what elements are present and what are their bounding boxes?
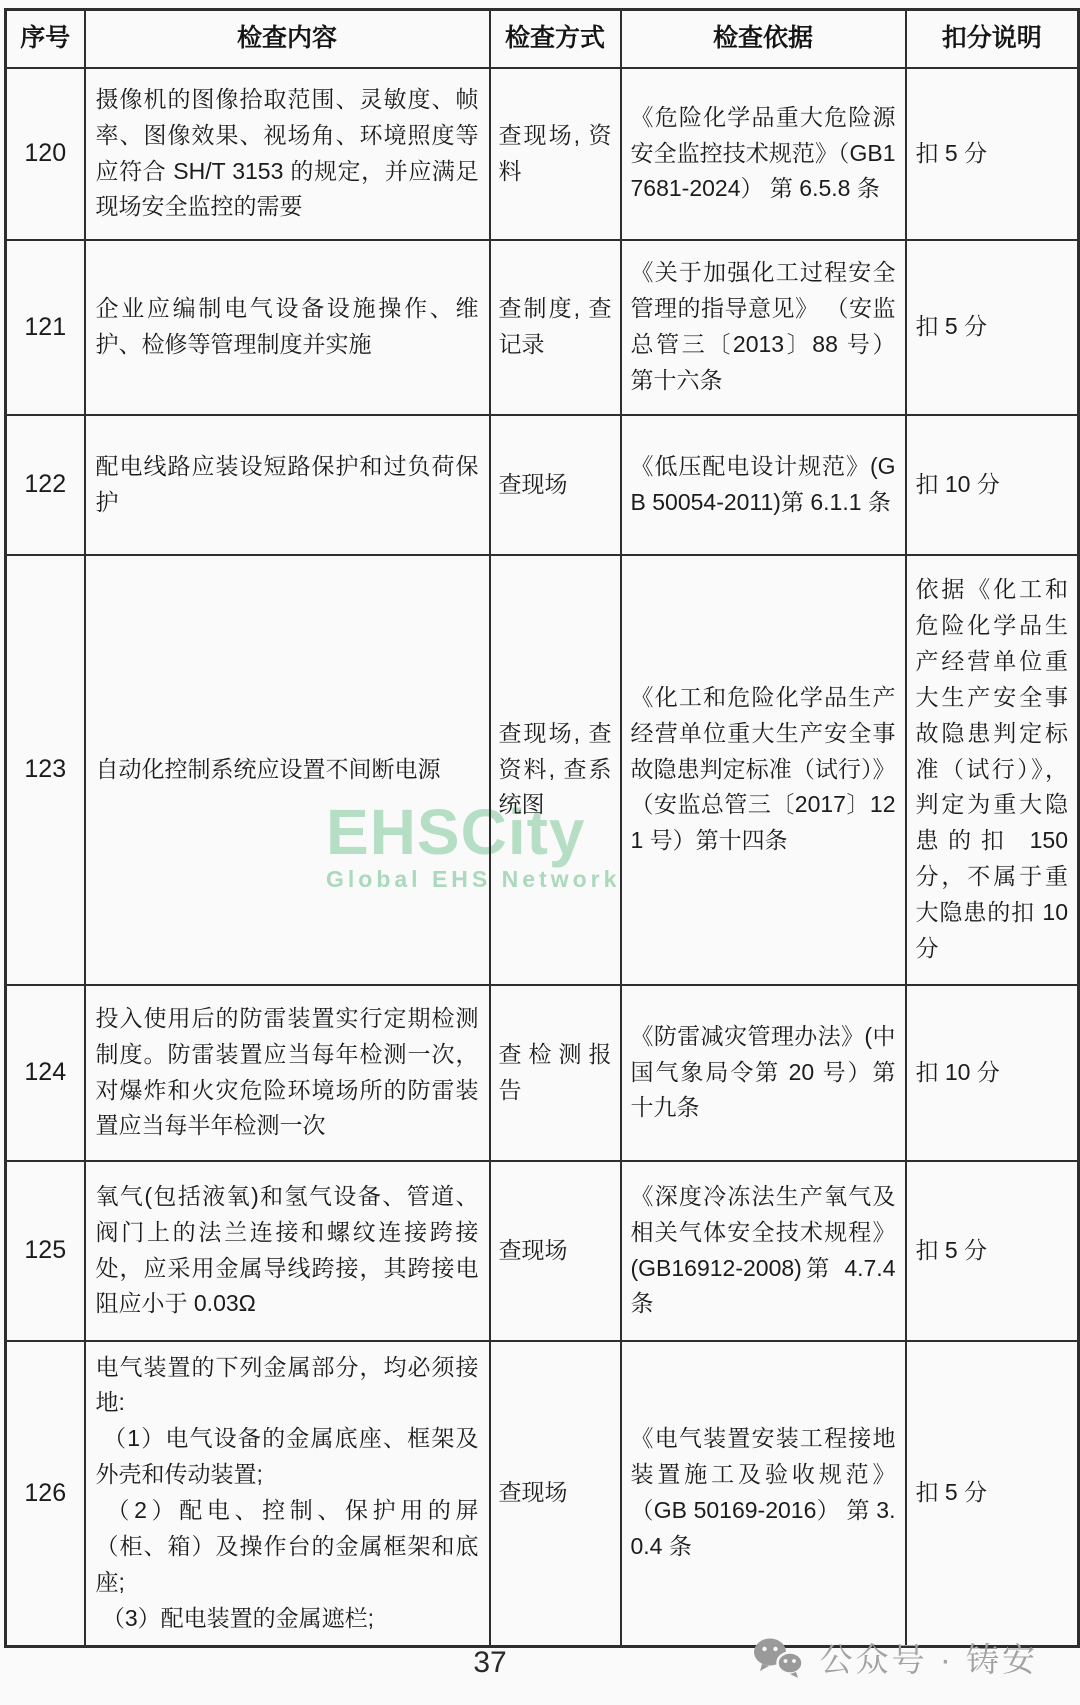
table-row: 124投入使用后的防雷装置实行定期检测制度。防雷装置应当每年检测一次，对爆炸和火…	[6, 985, 1079, 1161]
row-number-cell: 126	[6, 1341, 85, 1647]
deduction-cell: 扣 5 分	[906, 1341, 1079, 1647]
column-header-0: 序号	[6, 10, 85, 68]
page-number: 37	[455, 1646, 525, 1680]
inspection-content-cell: 电气装置的下列金属部分，均必须接地: （1）电气设备的金属底座、框架及外壳和传动…	[85, 1341, 490, 1647]
row-number-cell: 123	[6, 555, 85, 985]
inspection-method-cell: 查现场	[490, 1161, 621, 1341]
deduction-cell: 扣 10 分	[906, 415, 1079, 555]
row-number-cell: 125	[6, 1161, 85, 1341]
inspection-checklist-table: 序号检查内容检查方式检查依据扣分说明 120摄像机的图像拾取范围、灵敏度、帧率、…	[4, 8, 1080, 1648]
column-header-3: 检查依据	[621, 10, 906, 68]
inspection-basis-cell: 《电气装置安装工程接地装置施工及验收规范》 （GB 50169-2016） 第 …	[621, 1341, 906, 1647]
inspection-method-cell: 查现场	[490, 1341, 621, 1647]
inspection-basis-cell: 《深度冷冻法生产氧气及相关气体安全技术规程》(GB16912-2008)第 4.…	[621, 1161, 906, 1341]
table-row: 121企业应编制电气设备设施操作、维护、检修等管理制度并实施查制度, 查记录《关…	[6, 240, 1079, 415]
table-row: 122配电线路应装设短路保护和过负荷保护查现场《低压配电设计规范》(GB 500…	[6, 415, 1079, 555]
row-number-cell: 120	[6, 68, 85, 240]
column-header-1: 检查内容	[85, 10, 490, 68]
table-row: 125氧气(包括液氧)和氢气设备、管道、阀门上的法兰连接和螺纹连接跨接处，应采用…	[6, 1161, 1079, 1341]
inspection-content-cell: 摄像机的图像拾取范围、灵敏度、帧率、图像效果、视场角、环境照度等应符合 SH/T…	[85, 68, 490, 240]
row-number-cell: 121	[6, 240, 85, 415]
inspection-basis-cell: 《关于加强化工过程安全管理的指导意见》 （安监总管三〔2013〕88 号）第十六…	[621, 240, 906, 415]
deduction-cell: 扣 5 分	[906, 68, 1079, 240]
inspection-basis-cell: 《危险化学品重大危险源安全监控技术规范》（GB17681-2024） 第 6.5…	[621, 68, 906, 240]
inspection-content-cell: 氧气(包括液氧)和氢气设备、管道、阀门上的法兰连接和螺纹连接跨接处，应采用金属导…	[85, 1161, 490, 1341]
document-page: EHSCity Global EHS Network 序号检查内容检查方式检查依…	[0, 0, 1080, 1705]
wechat-account-badge: 公众号 · 铸安	[750, 1634, 1038, 1681]
column-header-2: 检查方式	[490, 10, 621, 68]
inspection-basis-cell: 《化工和危险化学品生产经营单位重大生产安全事故隐患判定标准（试行）》 （安监总管…	[621, 555, 906, 985]
inspection-content-cell: 配电线路应装设短路保护和过负荷保护	[85, 415, 490, 555]
wechat-account-text: 公众号 · 铸安	[820, 1634, 1038, 1681]
table-body: 120摄像机的图像拾取范围、灵敏度、帧率、图像效果、视场角、环境照度等应符合 S…	[6, 68, 1079, 1647]
page-footer: 37 公众号 · 铸安	[0, 1630, 1080, 1700]
table-row: 126电气装置的下列金属部分，均必须接地: （1）电气设备的金属底座、框架及外壳…	[6, 1341, 1079, 1647]
row-number-cell: 124	[6, 985, 85, 1161]
inspection-content-cell: 自动化控制系统应设置不间断电源	[85, 555, 490, 985]
inspection-content-cell: 企业应编制电气设备设施操作、维护、检修等管理制度并实施	[85, 240, 490, 415]
row-number-cell: 122	[6, 415, 85, 555]
inspection-basis-cell: 《低压配电设计规范》(GB 50054-2011)第 6.1.1 条	[621, 415, 906, 555]
inspection-method-cell: 查检测报告	[490, 985, 621, 1161]
table-header-row: 序号检查内容检查方式检查依据扣分说明	[6, 10, 1079, 68]
inspection-method-cell: 查制度, 查记录	[490, 240, 621, 415]
table-row: 123自动化控制系统应设置不间断电源查现场, 查资料, 查系统图《化工和危险化学…	[6, 555, 1079, 985]
inspection-content-cell: 投入使用后的防雷装置实行定期检测制度。防雷装置应当每年检测一次，对爆炸和火灾危险…	[85, 985, 490, 1161]
table-row: 120摄像机的图像拾取范围、灵敏度、帧率、图像效果、视场角、环境照度等应符合 S…	[6, 68, 1079, 240]
inspection-method-cell: 查现场, 查资料, 查系统图	[490, 555, 621, 985]
deduction-cell: 扣 10 分	[906, 985, 1079, 1161]
inspection-method-cell: 查现场	[490, 415, 621, 555]
inspection-basis-cell: 《防雷减灾管理办法》(中国气象局令第 20 号）第十九条	[621, 985, 906, 1161]
deduction-cell: 扣 5 分	[906, 240, 1079, 415]
deduction-cell: 依据《化工和危险化学品生产经营单位重大生产安全事故隐患判定标准（试行）》，判定为…	[906, 555, 1079, 985]
wechat-icon	[750, 1635, 806, 1681]
inspection-method-cell: 查现场, 资料	[490, 68, 621, 240]
deduction-cell: 扣 5 分	[906, 1161, 1079, 1341]
column-header-4: 扣分说明	[906, 10, 1079, 68]
